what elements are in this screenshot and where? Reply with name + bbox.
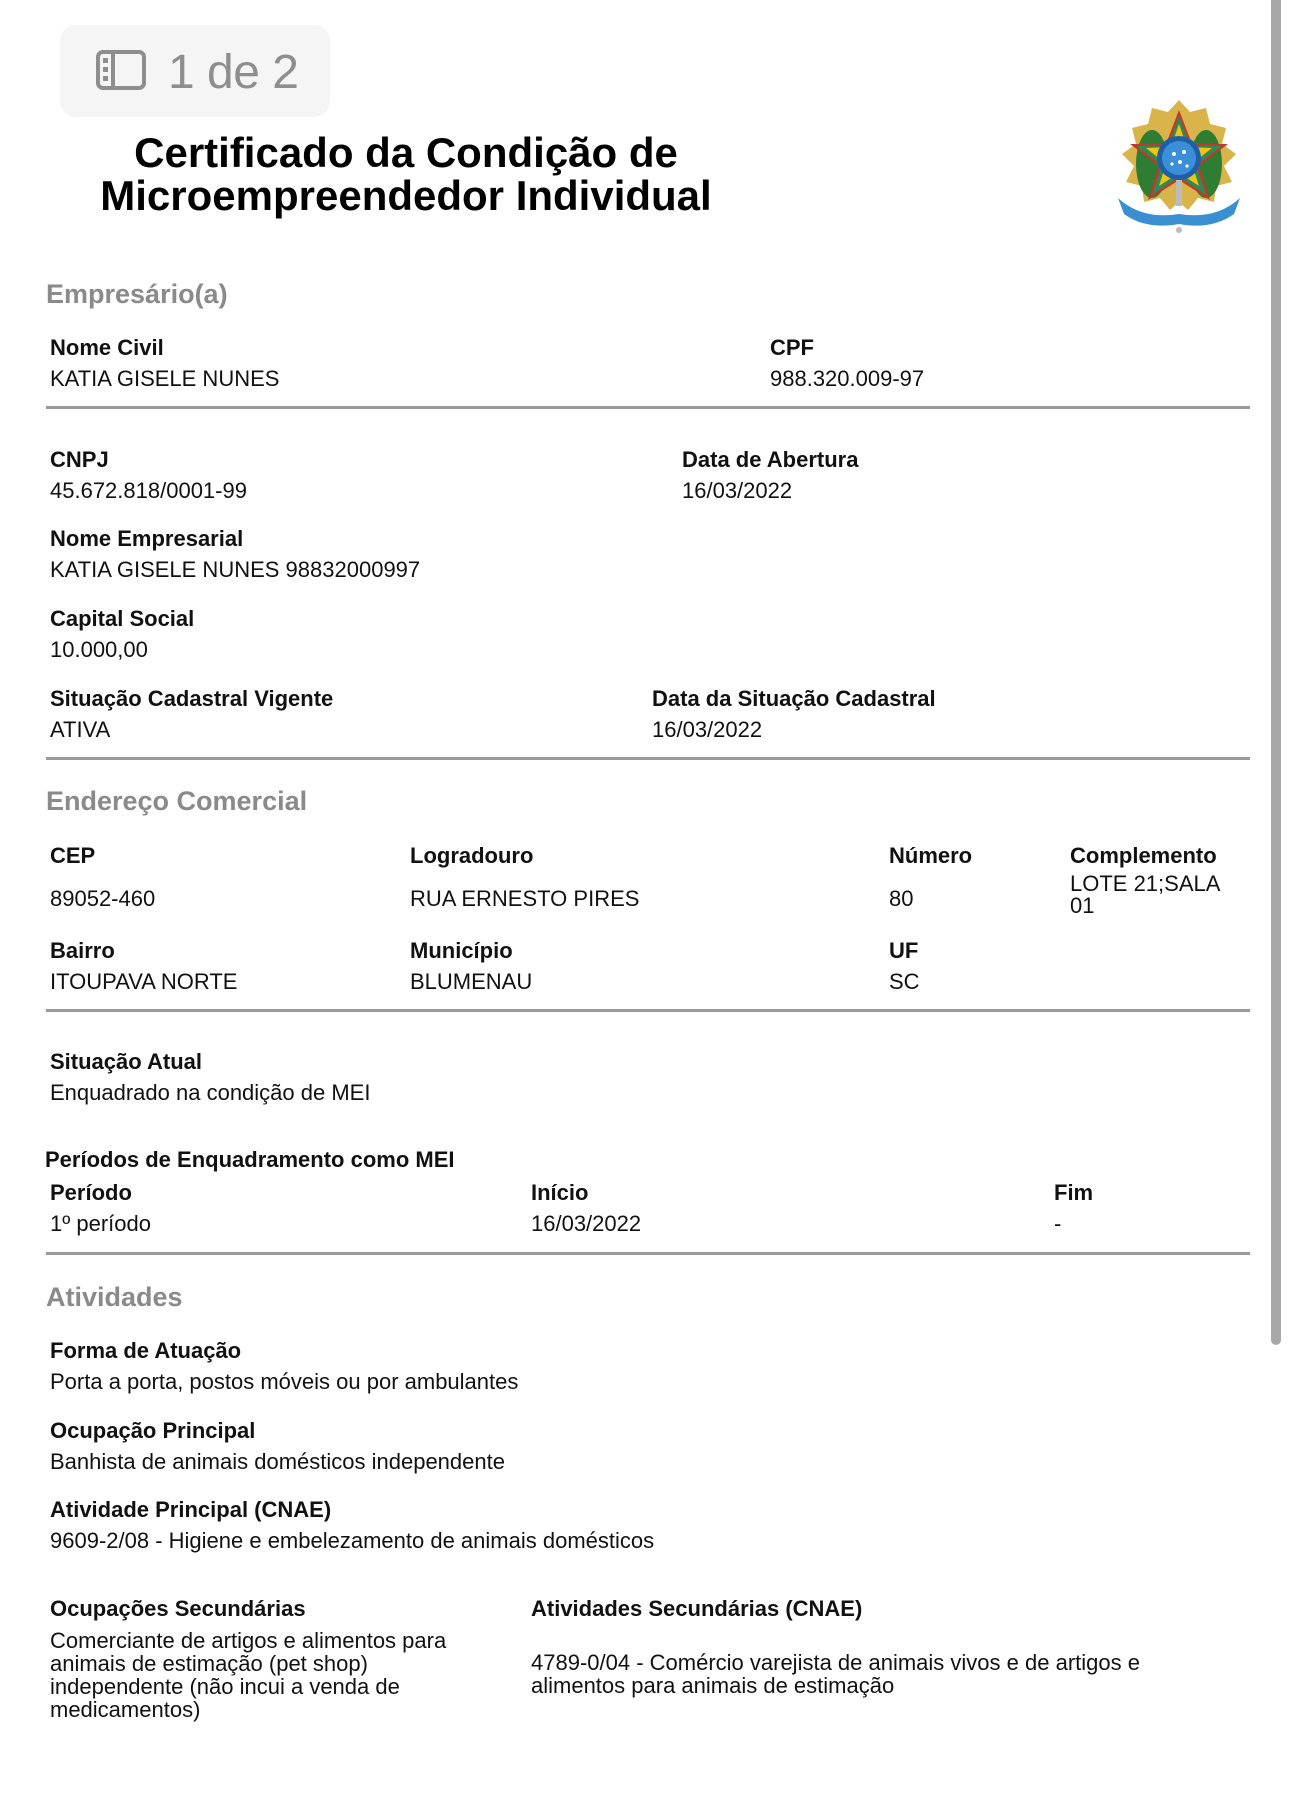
text-line: medicamentos) [50, 1698, 446, 1721]
text-line: alimentos para animais de estimação [531, 1674, 1140, 1697]
text-line: animais de estimação (pet shop) [50, 1652, 446, 1675]
sidebar-thumbnails-icon[interactable] [96, 50, 146, 90]
label-situacao-cadastral: Situação Cadastral Vigente [50, 686, 333, 712]
periodos-title: Períodos de Enquadramento como MEI [45, 1147, 455, 1173]
label-complemento: Complemento [1070, 843, 1217, 869]
value-cep: 89052-460 [50, 886, 155, 912]
label-situacao-atual: Situação Atual [50, 1049, 202, 1075]
label-cep: CEP [50, 843, 95, 869]
text-line: independente (não incui a venda de [50, 1675, 446, 1698]
label-logradouro: Logradouro [410, 843, 533, 869]
value-logradouro: RUA ERNESTO PIRES [410, 886, 639, 912]
label-atividades-secundarias: Atividades Secundárias (CNAE) [531, 1596, 862, 1622]
divider [46, 1009, 1250, 1012]
label-ocupacoes-secundarias: Ocupações Secundárias [50, 1596, 306, 1622]
value-situacao-cadastral: ATIVA [50, 717, 110, 743]
value-complemento: LOTE 21;SALA 01 [1070, 873, 1220, 917]
title-line-2: Microempreendedor Individual [96, 174, 716, 217]
value-ocupacao-principal: Banhista de animais domésticos independe… [50, 1449, 505, 1475]
complemento-line-1: LOTE 21;SALA [1070, 873, 1220, 895]
label-forma-atuacao: Forma de Atuação [50, 1338, 241, 1364]
document-title: Certificado da Condição de Microempreend… [96, 131, 716, 217]
label-municipio: Município [410, 938, 513, 964]
label-nome-civil: Nome Civil [50, 335, 164, 361]
label-data-situacao: Data da Situação Cadastral [652, 686, 936, 712]
label-cpf: CPF [770, 335, 814, 361]
divider [46, 757, 1250, 760]
text-line: Comerciante de artigos e alimentos para [50, 1629, 446, 1652]
section-title-endereco: Endereço Comercial [46, 786, 307, 817]
complemento-line-2: 01 [1070, 895, 1220, 917]
col-header-fim: Fim [1054, 1180, 1093, 1206]
value-nome-empresarial: KATIA GISELE NUNES 98832000997 [50, 557, 420, 583]
value-capital-social: 10.000,00 [50, 637, 148, 663]
value-data-abertura: 16/03/2022 [682, 478, 792, 504]
value-forma-atuacao: Porta a porta, postos móveis ou por ambu… [50, 1369, 518, 1395]
value-ocupacoes-secundarias: Comerciante de artigos e alimentos para … [50, 1629, 446, 1721]
label-cnpj: CNPJ [50, 447, 109, 473]
label-capital-social: Capital Social [50, 606, 194, 632]
section-title-empresario: Empresário(a) [46, 279, 228, 310]
value-nome-civil: KATIA GISELE NUNES [50, 366, 279, 392]
value-municipio: BLUMENAU [410, 969, 532, 995]
cell-periodo: 1º período [50, 1211, 151, 1237]
value-atividade-principal: 9609-2/08 - Higiene e embelezamento de a… [50, 1528, 654, 1554]
col-header-periodo: Período [50, 1180, 132, 1206]
divider [46, 406, 1250, 409]
value-atividades-secundarias: 4789-0/04 - Comércio varejista de animai… [531, 1651, 1140, 1697]
label-data-abertura: Data de Abertura [682, 447, 858, 473]
section-title-atividades: Atividades [46, 1282, 183, 1313]
cell-inicio: 16/03/2022 [531, 1211, 641, 1237]
page-indicator-text: 1 de 2 [168, 45, 298, 100]
value-bairro: ITOUPAVA NORTE [50, 969, 237, 995]
label-bairro: Bairro [50, 938, 115, 964]
label-uf: UF [889, 938, 918, 964]
brazil-coat-of-arms-icon [1112, 98, 1246, 236]
value-numero: 80 [889, 886, 913, 912]
divider [46, 1252, 1250, 1255]
value-situacao-atual: Enquadrado na condição de MEI [50, 1080, 370, 1106]
col-header-inicio: Início [531, 1180, 588, 1206]
vertical-scrollbar[interactable] [1271, 0, 1281, 1345]
page-indicator[interactable]: 1 de 2 [60, 25, 330, 117]
cell-fim: - [1054, 1211, 1061, 1237]
value-data-situacao: 16/03/2022 [652, 717, 762, 743]
text-line: 4789-0/04 - Comércio varejista de animai… [531, 1651, 1140, 1674]
value-uf: SC [889, 969, 920, 995]
label-atividade-principal: Atividade Principal (CNAE) [50, 1497, 331, 1523]
value-cnpj: 45.672.818/0001-99 [50, 478, 247, 504]
label-ocupacao-principal: Ocupação Principal [50, 1418, 255, 1444]
label-nome-empresarial: Nome Empresarial [50, 526, 243, 552]
title-line-1: Certificado da Condição de [96, 131, 716, 174]
value-cpf: 988.320.009-97 [770, 366, 924, 392]
label-numero: Número [889, 843, 972, 869]
